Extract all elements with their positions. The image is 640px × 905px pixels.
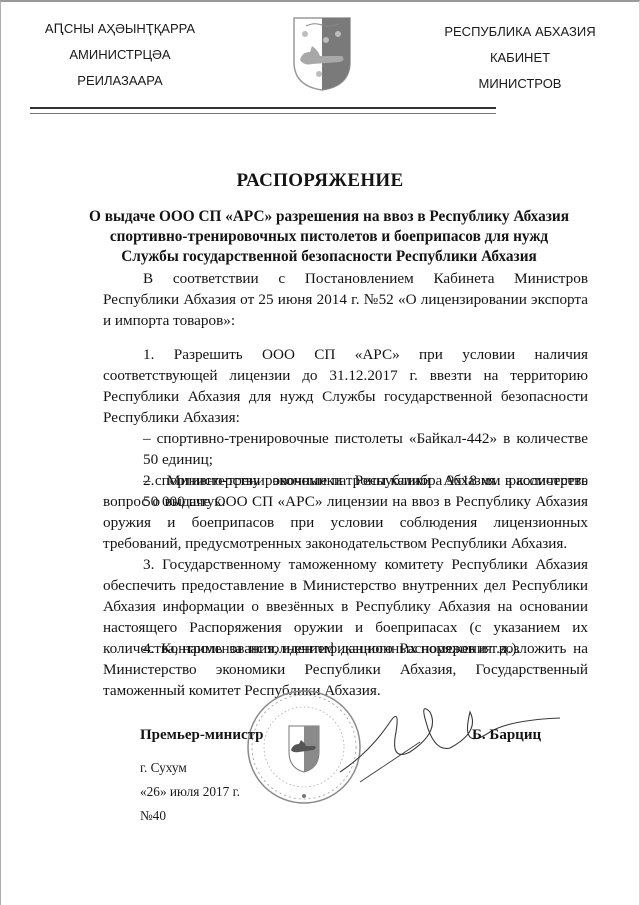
signatory-name: Б. Барциц [472,727,541,744]
signatory-position: Премьер-министр [140,727,264,744]
document-type-title: РАСПОРЯЖЕНИЕ [0,170,640,192]
coat-of-arms-icon [292,16,352,92]
letterhead-russian-line-1: РЕСПУБЛИКА АБХАЗИЯ [440,19,600,45]
letterhead-russian-line-3: МИНИСТРОВ [440,71,600,97]
item-2: 2. Министерству экономики Республики Абх… [103,470,588,554]
preamble-text: В соответствии с Постановлением Кабинета… [103,268,588,331]
letterhead-abkhaz-line-1: АԤСНЫ АҲӘЫНҬҚАРРА [40,16,200,42]
document-number: №40 [140,808,166,824]
letterhead-abkhaz-line-2: АМИНИСТРЦӘА [40,42,200,68]
letterhead-abkhaz: АԤСНЫ АҲӘЫНҬҚАРРА АМИНИСТРЦӘА РЕИЛАЗААРА [40,16,200,94]
item-2-text: 2. Министерству экономики Республики Абх… [103,470,588,554]
item-1-subitem-pistols: – спортивно-тренировочные пистолеты «Бай… [143,428,588,470]
letterhead-divider [30,107,496,114]
document-date: «26» июля 2017 г. [140,784,240,800]
subject-line-1: О выдаче ООО СП «АРС» разрешения на ввоз… [80,207,578,227]
letterhead-russian: РЕСПУБЛИКА АБХАЗИЯ КАБИНЕТ МИНИСТРОВ [440,19,600,97]
item-1-text: 1. Разрешить ООО СП «АРС» при условии на… [103,344,588,428]
letterhead-abkhaz-line-3: РЕИЛАЗААРА [40,68,200,94]
subject-line-2: спортивно-тренировочных пистолетов и бое… [80,227,578,247]
subject-line-3: Службы государственной безопасности Респ… [80,247,578,267]
letterhead-russian-line-2: КАБИНЕТ [440,45,600,71]
preamble: В соответствии с Постановлением Кабинета… [103,268,588,331]
document-subject: О выдаче ООО СП «АРС» разрешения на ввоз… [80,207,578,267]
document-place: г. Сухум [140,760,187,776]
